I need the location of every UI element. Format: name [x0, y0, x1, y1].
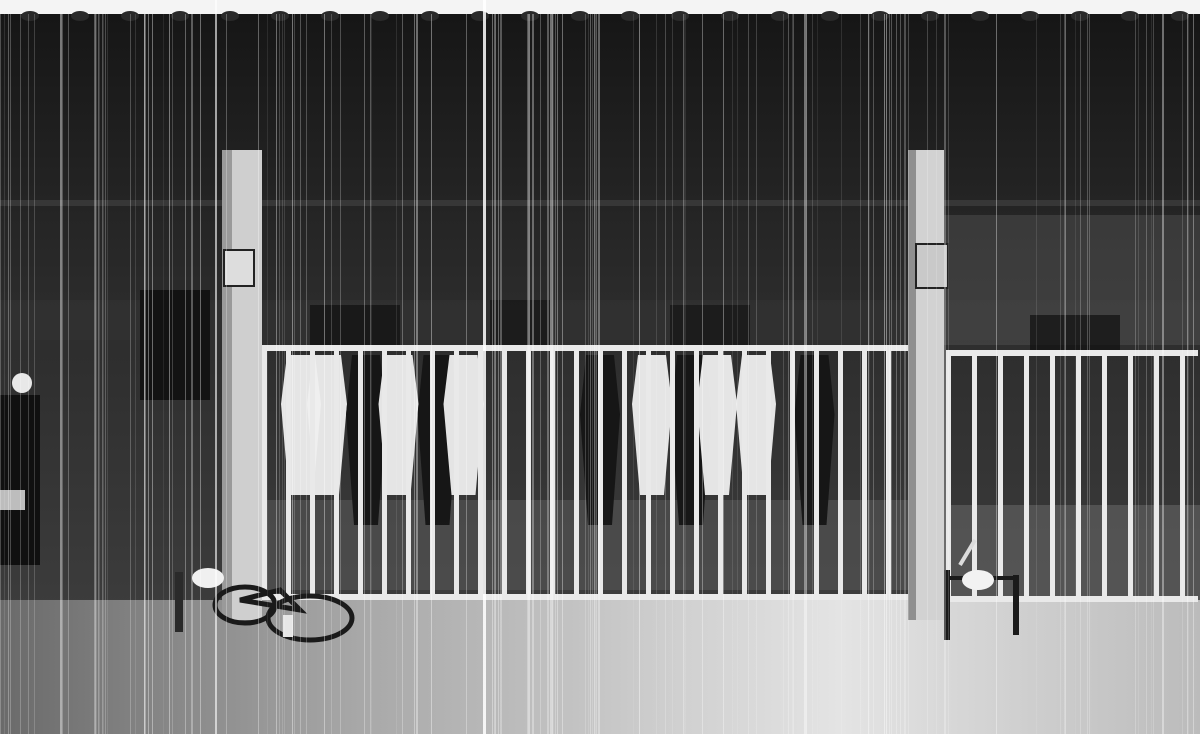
photo-scene	[0, 0, 1200, 746]
utility-pole-left	[222, 150, 262, 620]
meter-box-left	[224, 250, 254, 286]
meter-box-right	[916, 244, 948, 288]
